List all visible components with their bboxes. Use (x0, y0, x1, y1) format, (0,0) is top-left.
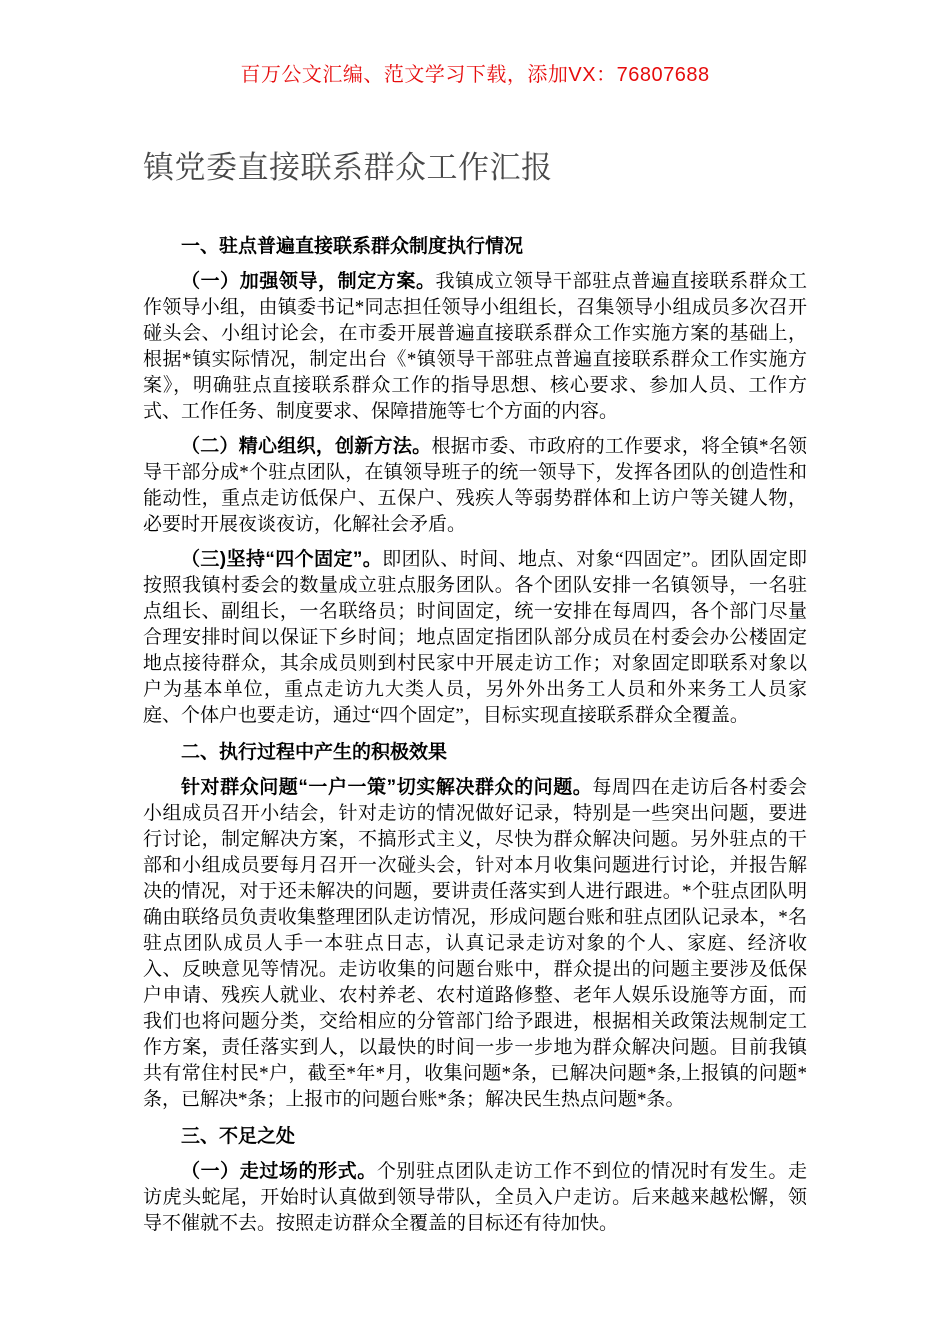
paragraph-2-1: 针对群众问题“一户一策”切实解决群众的问题。每周四在走访后各村委会小组成员召开小… (143, 775, 807, 1113)
document-page: 百万公文汇编、范文学习下载，添加VX：76807688 镇党委直接联系群众工作汇… (0, 0, 950, 1344)
section-heading-3: 三、不足之处 (143, 1124, 807, 1150)
paragraph-2-1-lead: 针对群众问题“一户一策”切实解决群众的问题。 (181, 777, 592, 798)
paragraph-1-1: （一）加强领导，制定方案。我镇成立领导干部驻点普遍直接联系群众工作领导小组，由镇… (143, 269, 807, 425)
paragraph-1-2-lead: （二）精心组织，创新方法。 (181, 436, 431, 457)
paragraph-2-1-text: 每周四在走访后各村委会小组成员召开小结会，针对走访的情况做好记录，特别是一些突出… (143, 777, 807, 1110)
paragraph-3-1: （一）走过场的形式。个别驻点团队走访工作不到位的情况时有发生。走访虎头蛇尾，开始… (143, 1159, 807, 1237)
document-content: 镇党委直接联系群众工作汇报 一、驻点普遍直接联系群众制度执行情况 （一）加强领导… (143, 148, 807, 1237)
header-promo-notice: 百万公文汇编、范文学习下载，添加VX：76807688 (0, 62, 950, 88)
paragraph-1-3-text: 即团队、时间、地点、对象“四固定”。团队固定即按照我镇村委会的数量成立驻点服务团… (143, 549, 807, 726)
paragraph-1-1-lead: （一）加强领导，制定方案。 (181, 271, 436, 292)
paragraph-1-2: （二）精心组织，创新方法。根据市委、市政府的工作要求，将全镇*名领导干部分成*个… (143, 434, 807, 538)
paragraph-1-1-text: 我镇成立领导干部驻点普遍直接联系群众工作领导小组，由镇委书记*同志担任领导小组组… (143, 271, 807, 422)
section-heading-1: 一、驻点普遍直接联系群众制度执行情况 (143, 234, 807, 260)
section-heading-2: 二、执行过程中产生的积极效果 (143, 740, 807, 766)
document-title: 镇党委直接联系群众工作汇报 (143, 148, 807, 188)
paragraph-1-3: （三)坚持“四个固定”。即团队、时间、地点、对象“四固定”。团队固定即按照我镇村… (143, 547, 807, 729)
paragraph-3-1-lead: （一）走过场的形式。 (181, 1161, 377, 1182)
paragraph-1-3-lead: （三)坚持“四个固定”。 (181, 549, 382, 570)
